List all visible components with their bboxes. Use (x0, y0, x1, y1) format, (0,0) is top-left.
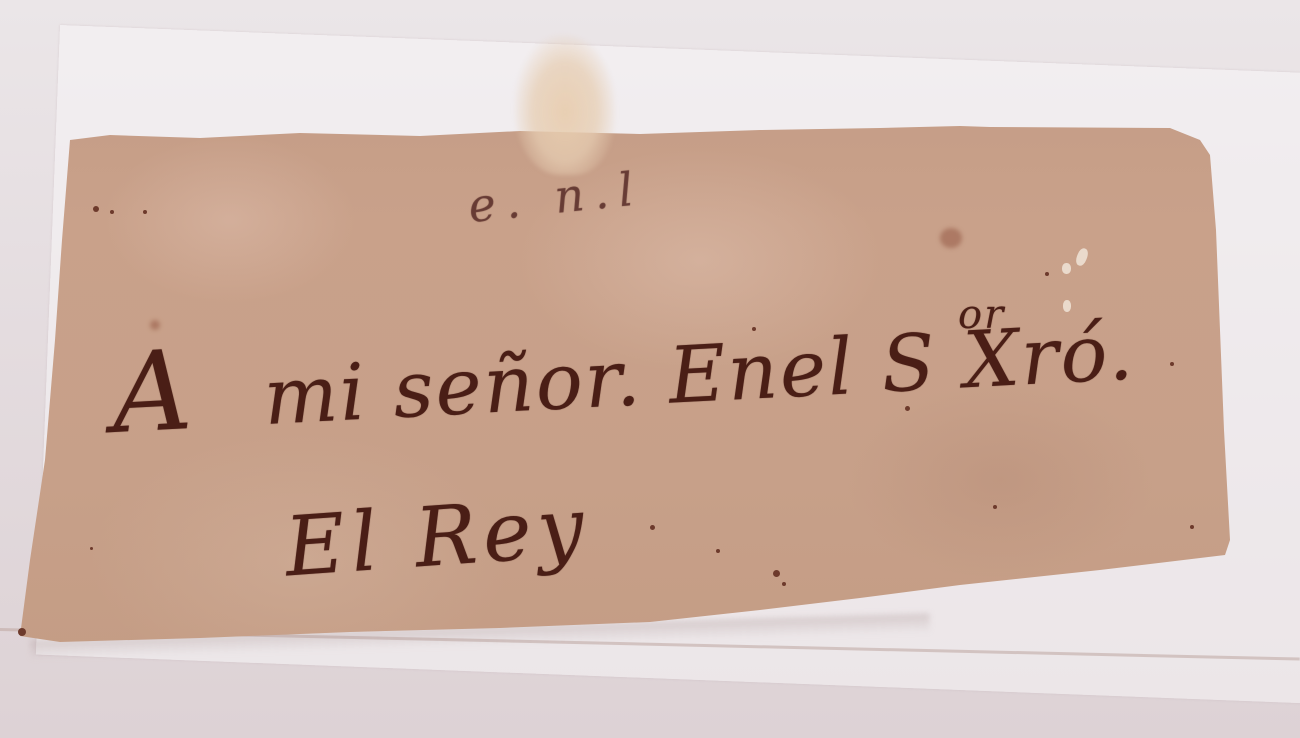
fiber-tuft (515, 35, 615, 175)
ink-speck (143, 210, 147, 214)
ink-speck (110, 210, 114, 214)
ink-speck (993, 505, 997, 509)
ink-speck (1190, 525, 1194, 529)
ink-speck (782, 582, 786, 586)
paper-loss (1062, 263, 1071, 274)
superscript-abbreviation: or (958, 292, 1005, 338)
initial-letter: A (109, 326, 197, 458)
stain (940, 228, 962, 248)
ink-speck (650, 525, 655, 530)
ink-speck (1045, 272, 1049, 276)
ink-speck (716, 549, 720, 553)
ink-speck (773, 570, 780, 577)
ink-speck (90, 547, 93, 550)
ink-speck (1170, 362, 1174, 366)
ink-speck (18, 628, 26, 636)
ink-speck (93, 206, 99, 212)
